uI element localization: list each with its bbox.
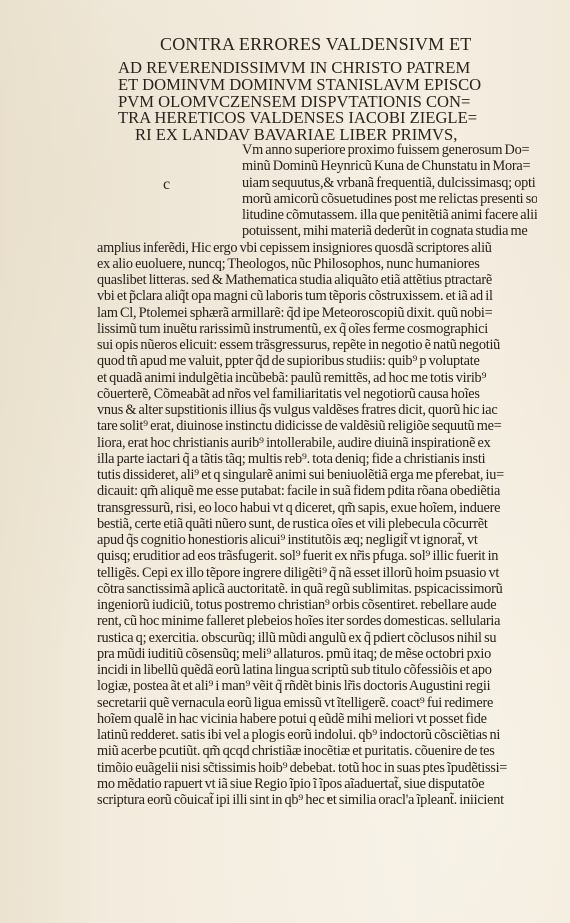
text-line: uiam sequutus,& vrbanã frequentiã, dulci… [97,175,537,191]
text-line: amplius inferẽdi, Hic ergo vbi cepissem … [97,240,537,256]
text-line: hoĩem qualẽ in hac vicinia habere potui … [97,711,537,727]
text-line: ingeniorũ iudiciũ, totus postremo christ… [97,597,537,613]
text-line: minũ Dominũ Heynricũ Kuna de Chunstatu i… [97,158,537,174]
text-line: lissimũ tum inuẽtu rarissimũ instrumentũ… [97,321,537,337]
text-line: timõio euãgelii nisi sc̃tissimis hoib⁹ d… [97,760,537,776]
text-line: litudine cõmutassem. illa que penitẽtiã … [97,207,537,223]
text-line: quisq; eruditior ad eos trãsfugerit. sol… [97,548,537,564]
text-line: telligẽs. Cepi ex illo tẽpore ingrere di… [97,565,537,581]
text-line: pra mũdi iuditiũ cõsensũq; meli⁹ allatur… [97,646,537,662]
text-line: bestiã, certe etiã quãti nũero sunt, de … [97,516,537,532]
ink-speck [327,797,330,800]
text-line: scriptura eorũ cõuicat̃ ipi illi sint in… [97,792,537,808]
text-line: illa parte iactari q̃ a tãtis tãq; multi… [97,451,537,467]
text-line: sui opis nũeros elicuit: essem trãsgress… [97,337,537,353]
text-line: rustica q; exercitia. obscurũq; illũ mũd… [97,630,537,646]
text-line: rent, cũ hoc minime falleret plebeios ho… [97,613,537,629]
text-line: tutis dissideret, ali⁹ et q singularẽ an… [97,467,537,483]
text-line: lam Cl, Ptolemei sphærã armillarẽ: q̃d i… [97,305,537,321]
text-line: miũ acerbe pcutiũt. qm̃ qcqd christiãæ i… [97,743,537,759]
book-page: CONTRA ERRORES VALDENSIVM ET AD REVEREND… [0,0,570,923]
text-line: vbi et p̃clara aliq̃t opa magni cũ labor… [97,288,537,304]
text-line: Vm anno superiore proximo fuissem genero… [97,142,537,158]
text-line: mo mẽdatio rapuert vt iã siue Regio ĩpio… [97,776,537,792]
text-line: latinũ redderet. satis ibi vel a plogis … [97,727,537,743]
text-line: vnus & alter supstitionis illius q̃s vul… [97,402,537,418]
text-line: transgressurũ, risi, eo loco habui vt q … [97,500,537,516]
text-line: quaslibet litteras. sed & Mathematica st… [97,272,537,288]
text-line: tare solit⁹ erat, diuinose instinctu did… [97,418,537,434]
text-line: cõuerterẽ, Cõmeabãt ad nr̃os vel familia… [97,386,537,402]
text-line: et quadã animi indulgẽtia incũbebã: paul… [97,370,537,386]
body-text: Vm anno superiore proximo fuissem genero… [97,142,537,808]
text-line: dicauit: qm̃ aliquẽ me esse putabat: fac… [97,483,537,499]
chapter-heading: AD REVERENDISSIMVM IN CHRISTO PATREM ET … [118,60,518,144]
text-line: secretarii quẽ vernacula eorũ ligua emis… [97,695,537,711]
text-line: potuissent, mihi materiã dederũt in cogn… [97,223,537,239]
running-title: CONTRA ERRORES VALDENSIVM ET [160,34,471,55]
text-line: morũ amicorũ cõsuetudines post me relict… [97,191,537,207]
text-line: cõtra sanctissimã aplicã auctoritatẽ. in… [97,581,537,597]
text-line: apud q̃s cognitio honestioris alicui⁹ in… [97,532,537,548]
text-line: liora, erat hoc christianis aurib⁹ intol… [97,435,537,451]
text-line: quod tñ apud me valuit, ppter q̃d de sup… [97,353,537,369]
text-line: logiæ, postea ãt et ali⁹ i man⁹ vẽit q̃ … [97,678,537,694]
text-line: incidi in libellũ quẽdã eorũ latina ling… [97,662,537,678]
text-line: ex alio euoluere, nuncq; Theologos, nũc … [97,256,537,272]
